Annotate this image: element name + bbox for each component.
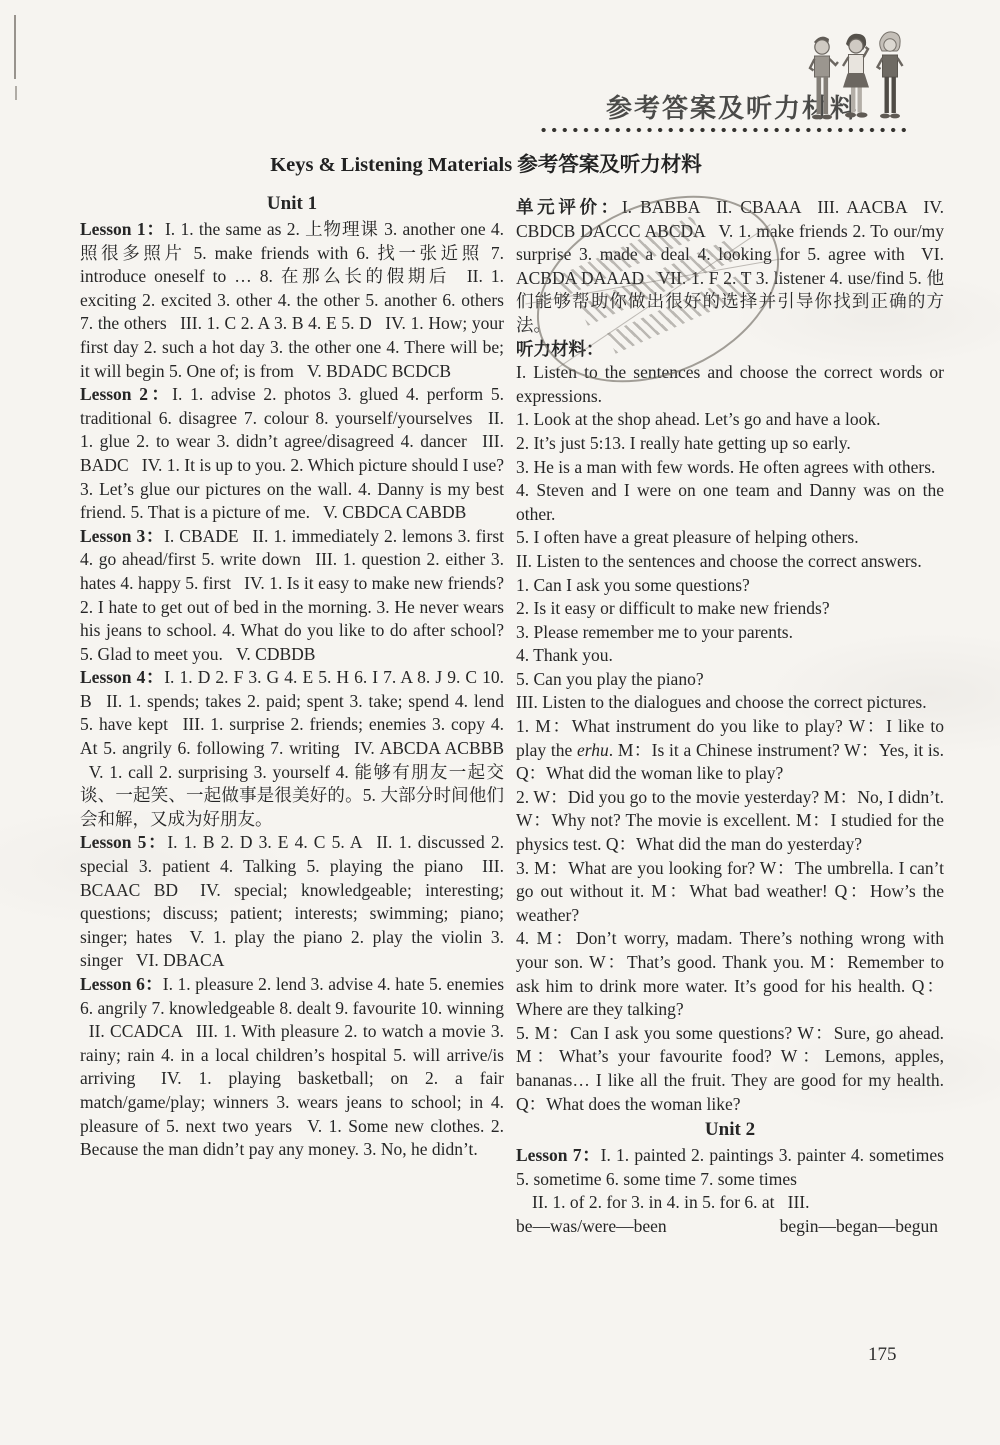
listening-sec2-item-3: 3. Please remember me to your parents. — [516, 621, 944, 645]
students-illustration — [804, 28, 910, 131]
dialogue-3: 3. M：What are you looking for? W：The umb… — [516, 857, 944, 928]
listening-sec2-item-1: 1. Can I ask you some questions? — [516, 574, 944, 598]
dialogue-4: 4. M：Don’t worry, madam. There’s nothing… — [516, 927, 944, 1021]
listening-sec2-item-4: 4. Thank you. — [516, 644, 944, 668]
lesson-3-label: Lesson 3： — [80, 526, 164, 546]
listening-sec2-item-2: 2. Is it easy or difficult to make new f… — [516, 597, 944, 621]
lesson-4-answers: Lesson 4：I. 1. D 2. F 3. G 4. E 5. H 6. … — [80, 666, 504, 831]
lesson-5-text: I. 1. B 2. D 3. E 4. C 5. A II. 1. discu… — [80, 832, 504, 970]
listening-sec2-item-5: 5. Can you play the piano? — [516, 668, 944, 692]
listening-sec1-item-2: 2. It’s just 5:13. I really hate getting… — [516, 432, 944, 456]
lesson-2-answers: Lesson 2：I. 1. advise 2. photos 3. glued… — [80, 383, 504, 525]
lesson-1-answers: Lesson 1：I. 1. the same as 2. 上物理课 3. an… — [80, 218, 504, 383]
lesson-1-text: I. 1. the same as 2. 上物理课 3. another one… — [80, 219, 504, 381]
lesson-6-label: Lesson 6： — [80, 974, 163, 994]
dialogue-1: 1. M：What instrument do you like to play… — [516, 715, 944, 786]
lesson-2-text: I. 1. advise 2. photos 3. glued 4. perfo… — [80, 384, 504, 522]
lesson-3-answers: Lesson 3：I. CBADE II. 1. immediately 2. … — [80, 525, 504, 667]
listening-sec1-item-3: 3. He is a man with few words. He often … — [516, 456, 944, 480]
content-columns: Unit 1 Lesson 1：I. 1. the same as 2. 上物理… — [80, 190, 944, 1239]
dotted-divider — [541, 127, 911, 133]
lesson-6-text: I. 1. pleasure 2. lend 3. advise 4. hate… — [80, 974, 504, 1159]
unit-evaluation-text: I. BABBA II. CBAAA III. AACBA IV. CBDCB … — [516, 197, 944, 335]
listening-sec1-item-1: 1. Look at the shop ahead. Let’s go and … — [516, 408, 944, 432]
unit-2-heading: Unit 2 — [516, 1117, 944, 1143]
unit-evaluation-label: 单元评价： — [516, 197, 622, 217]
scanned-answer-key-page: 参考答案及听力材料 — [0, 0, 1000, 1445]
dialogue-1-italic-word: erhu — [577, 740, 609, 760]
scan-artifact-line — [14, 15, 16, 79]
dialogue-5: 5. M：Can I ask you some questions? W：Sur… — [516, 1022, 944, 1116]
page-number: 175 — [868, 1344, 897, 1366]
listening-sec1-item-5: 5. I often have a great pleasure of help… — [516, 526, 944, 550]
page-title: Keys & Listening Materials 参考答案及听力材料 — [0, 147, 972, 177]
right-column: 单元评价：I. BABBA II. CBAAA III. AACBA IV. C… — [516, 190, 944, 1239]
verb-form-2: begin—began—begun — [780, 1215, 938, 1239]
unit-evaluation-answers: 单元评价：I. BABBA II. CBAAA III. AACBA IV. C… — [516, 196, 944, 338]
lesson-5-answers: Lesson 5：I. 1. B 2. D 3. E 4. C 5. A II.… — [80, 831, 504, 973]
lesson-5-label: Lesson 5： — [80, 832, 167, 852]
verb-forms-line: be—was/were—beenbegin—began—begun — [516, 1215, 944, 1239]
listening-sec1-item-4: 4. Steven and I were on one team and Dan… — [516, 479, 944, 526]
lesson-6-answers: Lesson 6：I. 1. pleasure 2. lend 3. advis… — [80, 973, 504, 1162]
lesson-1-label: Lesson 1： — [80, 219, 165, 239]
listening-sec3-intro: III. Listen to the dialogues and choose … — [516, 691, 944, 715]
lesson-7-label: Lesson 7： — [516, 1145, 601, 1165]
lesson-2-label: Lesson 2： — [80, 384, 172, 404]
listening-sec2-intro: II. Listen to the sentences and choose t… — [516, 550, 944, 574]
listening-sec1-intro: I. Listen to the sentences and choose th… — [516, 361, 944, 408]
lesson-7-text2: II. 1. of 2. for 3. in 4. in 5. for 6. a… — [532, 1192, 810, 1212]
lesson-4-text: I. 1. D 2. F 3. G 4. E 5. H 6. I 7. A 8.… — [80, 667, 504, 829]
dialogue-2: 2. W：Did you go to the movie yesterday? … — [516, 786, 944, 857]
lesson-3-text: I. CBADE II. 1. immediately 2. lemons 3.… — [80, 526, 504, 664]
unit-1-heading: Unit 1 — [80, 191, 504, 217]
verb-form-1: be—was/were—been — [516, 1215, 667, 1239]
scan-artifact-mark — [15, 86, 17, 100]
lesson-4-label: Lesson 4： — [80, 667, 164, 687]
lesson-7-answers: Lesson 7：I. 1. painted 2. paintings 3. p… — [516, 1144, 944, 1215]
left-column: Unit 1 Lesson 1：I. 1. the same as 2. 上物理… — [80, 190, 504, 1239]
listening-materials-heading: 听力材料： — [516, 338, 944, 362]
